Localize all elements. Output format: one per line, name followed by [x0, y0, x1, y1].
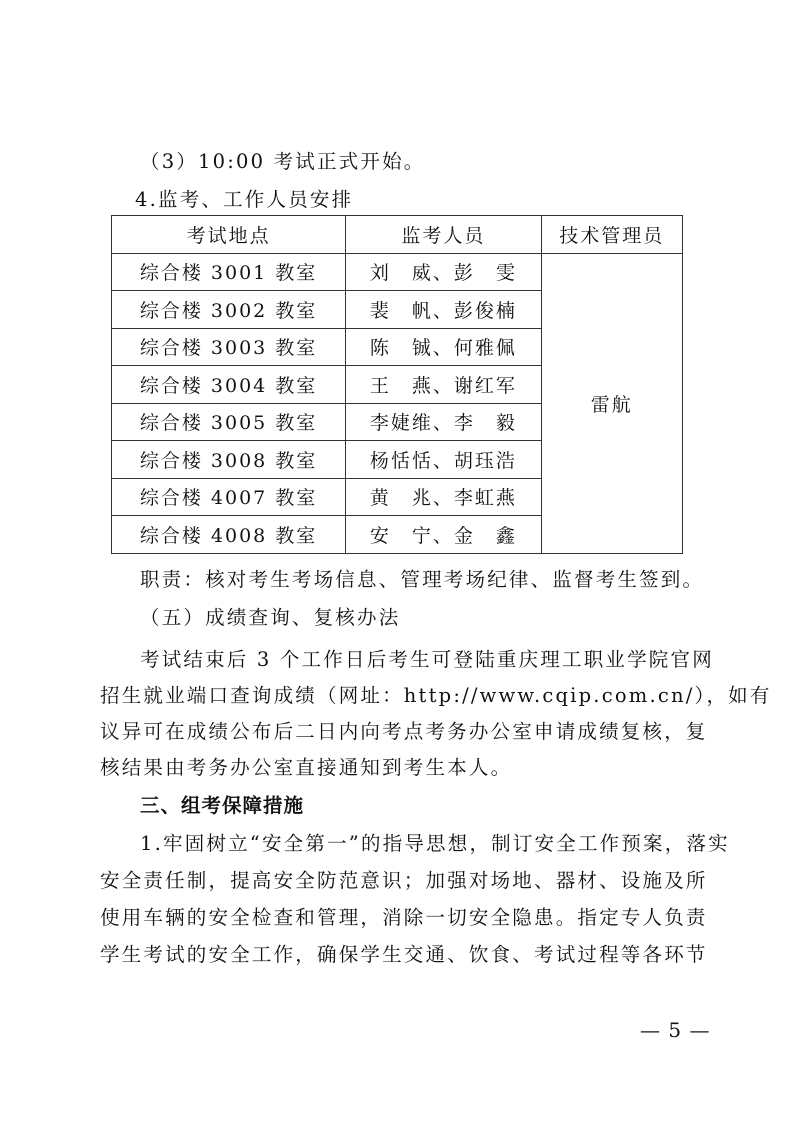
- paragraph-line: 安全责任制，提高安全防范意识；加强对场地、器材、设施及所: [100, 869, 708, 893]
- table-row: 综合楼 3001 教室 刘 威、彭 雯 雷航: [112, 253, 683, 291]
- cell-proctors: 李婕维、李 毅: [346, 403, 541, 441]
- cell-proctors: 陈 铖、何雅佩: [346, 328, 541, 366]
- paragraph-line: 考试结束后 3 个工作日后考生可登陆重庆理工职业学院官网: [140, 648, 714, 672]
- staff-arrangement-heading: 4.监考、工作人员安排: [135, 188, 353, 212]
- duty-text: 职责：核对考生考场信息、管理考场纪律、监督考生签到。: [140, 568, 704, 592]
- header-proctors: 监考人员: [346, 216, 541, 254]
- cell-location: 综合楼 3001 教室: [112, 253, 346, 291]
- cell-location: 综合楼 4007 教室: [112, 478, 346, 516]
- cell-proctors: 王 燕、谢红军: [346, 366, 541, 404]
- page-number: — 5 —: [640, 1018, 710, 1042]
- cell-location: 综合楼 3008 教室: [112, 441, 346, 479]
- cell-proctors: 黄 兆、李虹燕: [346, 478, 541, 516]
- paragraph-line: 使用车辆的安全检查和管理，消除一切安全隐患。指定专人负责: [100, 906, 708, 930]
- staff-table: 考试地点 监考人员 技术管理员 综合楼 3001 教室 刘 威、彭 雯 雷航 综…: [111, 215, 683, 554]
- cell-proctors: 杨恬恬、胡珏浩: [346, 441, 541, 479]
- cell-location: 综合楼 3002 教室: [112, 291, 346, 329]
- exam-start-line: （3）10:00 考试正式开始。: [140, 150, 426, 174]
- paragraph-line: 核结果由考务办公室直接通知到考生本人。: [100, 756, 512, 780]
- cell-proctors: 裴 帆、彭俊楠: [346, 291, 541, 329]
- paragraph-line: 学生考试的安全工作，确保学生交通、饮食、考试过程等各环节: [100, 943, 708, 967]
- cell-proctors: 安 宁、金 鑫: [346, 516, 541, 554]
- table-header-row: 考试地点 监考人员 技术管理员: [112, 216, 683, 254]
- header-tech-admin: 技术管理员: [541, 216, 682, 254]
- cell-location: 综合楼 3003 教室: [112, 328, 346, 366]
- cell-proctors: 刘 威、彭 雯: [346, 253, 541, 291]
- cell-location: 综合楼 3004 教室: [112, 366, 346, 404]
- cell-location: 综合楼 3005 教室: [112, 403, 346, 441]
- header-location: 考试地点: [112, 216, 346, 254]
- cell-location: 综合楼 4008 教室: [112, 516, 346, 554]
- paragraph-line: 招生就业端口查询成绩（网址：http://www.cqip.com.cn/），如…: [100, 684, 772, 708]
- section-5-heading: （五）成绩查询、复核办法: [140, 606, 400, 630]
- cell-tech-admin: 雷航: [541, 253, 682, 553]
- paragraph-line: 1.牢固树立“安全第一”的指导思想，制订安全工作预案，落实: [140, 832, 730, 856]
- paragraph-line: 议异可在成绩公布后二日内向考点考务办公室申请成绩复核，复: [100, 720, 708, 744]
- section-3-heading: 三、组考保障措施: [140, 794, 304, 818]
